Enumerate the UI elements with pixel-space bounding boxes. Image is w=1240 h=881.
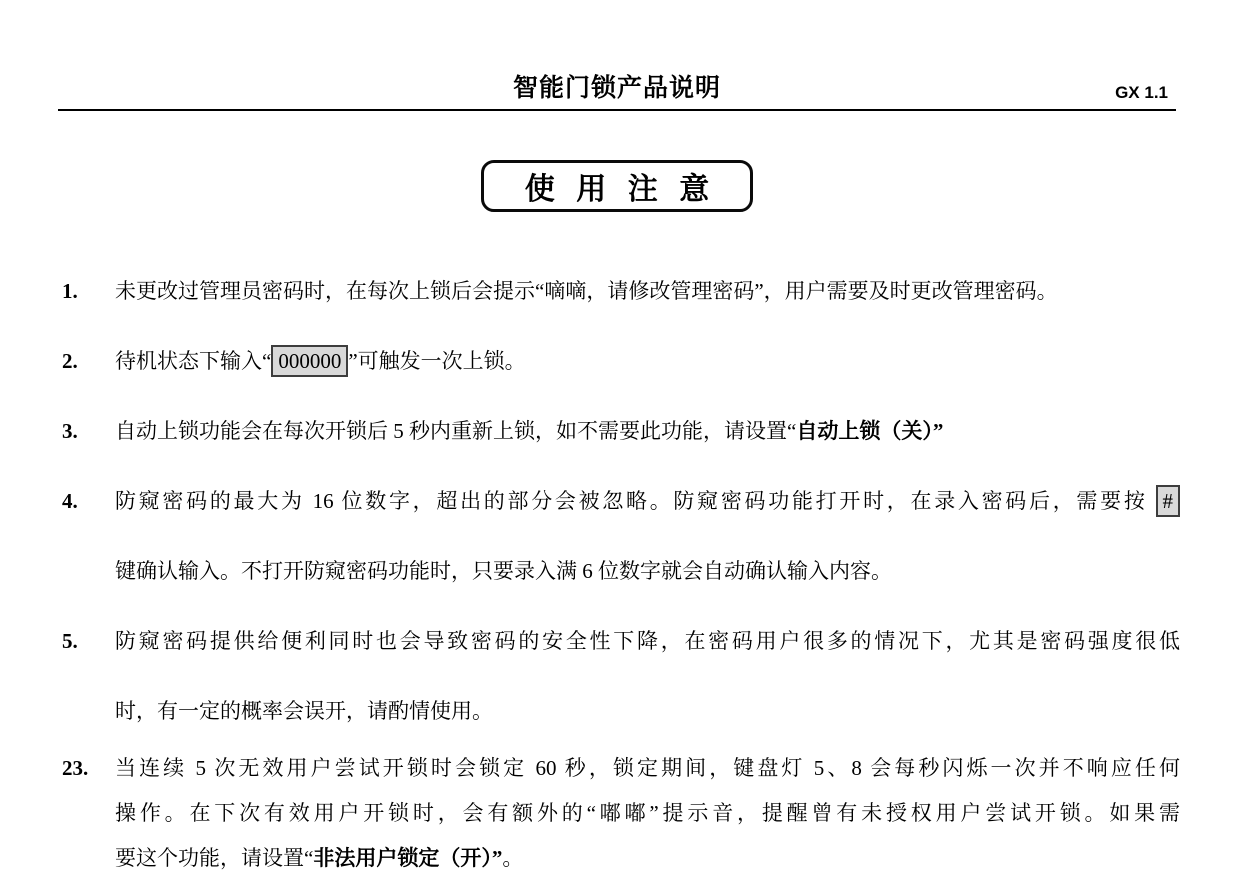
list-item: 5.防窥密码提供给便利同时也会导致密码的安全性下降，在密码用户很多的情况下，尤其… — [62, 606, 1180, 746]
document-title: 智能门锁产品说明 — [58, 76, 1176, 101]
keycap: # — [1156, 485, 1181, 517]
bold-text-run: 自动上锁（关）” — [796, 419, 943, 443]
text-run: 操作。在下次有效用户开锁时，会有额外的“嘟嘟”提示音，提醒曾有未授权用户尝试开锁… — [115, 801, 1180, 825]
text-run: 待机状态下输入“ — [115, 349, 271, 373]
item-number: 1. — [62, 256, 115, 326]
header-rule — [58, 109, 1176, 111]
item-number: 2. — [62, 326, 115, 396]
list-item: 23.当连续 5 次无效用户尝试开锁时会锁定 60 秒，锁定期间，键盘灯 5、8… — [62, 746, 1180, 881]
item-body: 待机状态下输入“000000”可触发一次上锁。 — [115, 326, 1180, 396]
text-run: ”可触发一次上锁。 — [348, 349, 525, 373]
text-run: 。 — [502, 846, 523, 870]
bold-text-run: 非法用户锁定（开）” — [313, 846, 502, 870]
text-run: 要这个功能，请设置“ — [115, 846, 313, 870]
list-item: 3.自动上锁功能会在每次开锁后 5 秒内重新上锁，如不需要此功能，请设置“自动上… — [62, 396, 1180, 466]
text-run: 时，有一定的概率会误开，请酌情使用。 — [115, 699, 493, 723]
list-item: 4.防窥密码的最大为 16 位数字，超出的部分会被忽略。防窥密码功能打开时，在录… — [62, 466, 1180, 606]
keycap: 000000 — [271, 345, 348, 377]
item-number: 5. — [62, 606, 115, 746]
item-body: 未更改过管理员密码时，在每次上锁后会提示“嘀嘀，请修改管理密码”，用户需要及时更… — [115, 256, 1180, 326]
text-line: 待机状态下输入“000000”可触发一次上锁。 — [115, 326, 1180, 396]
page-header: 智能门锁产品说明 GX 1.1 — [58, 0, 1176, 111]
text-line: 要这个功能，请设置“非法用户锁定（开）”。 — [115, 836, 1180, 881]
text-run: 防窥密码提供给便利同时也会导致密码的安全性下降，在密码用户很多的情况下，尤其是密… — [115, 629, 1180, 653]
item-body: 自动上锁功能会在每次开锁后 5 秒内重新上锁，如不需要此功能，请设置“自动上锁（… — [115, 396, 1180, 466]
text-line: 操作。在下次有效用户开锁时，会有额外的“嘟嘟”提示音，提醒曾有未授权用户尝试开锁… — [115, 791, 1180, 836]
item-body: 防窥密码提供给便利同时也会导致密码的安全性下降，在密码用户很多的情况下，尤其是密… — [115, 606, 1180, 746]
text-run: 未更改过管理员密码时，在每次上锁后会提示“嘀嘀，请修改管理密码”，用户需要及时更… — [115, 279, 1058, 303]
text-run: 防窥密码的最大为 16 位数字，超出的部分会被忽略。防窥密码功能打开时，在录入密… — [115, 489, 1156, 513]
notice-title: 使 用 注 意 — [518, 164, 717, 208]
text-line: 自动上锁功能会在每次开锁后 5 秒内重新上锁，如不需要此功能，请设置“自动上锁（… — [115, 396, 1180, 466]
item-number: 4. — [62, 466, 115, 606]
text-line: 防窥密码的最大为 16 位数字，超出的部分会被忽略。防窥密码功能打开时，在录入密… — [115, 466, 1180, 536]
text-line: 未更改过管理员密码时，在每次上锁后会提示“嘀嘀，请修改管理密码”，用户需要及时更… — [115, 256, 1180, 326]
list-item: 2.待机状态下输入“000000”可触发一次上锁。 — [62, 326, 1180, 396]
notice-title-box: 使 用 注 意 — [481, 160, 753, 212]
version-label: GX 1.1 — [1115, 84, 1168, 101]
item-number: 23. — [62, 746, 115, 881]
text-run: 键确认输入。不打开防窥密码功能时，只要录入满 6 位数字就会自动确认输入内容。 — [115, 559, 892, 583]
list-item: 1.未更改过管理员密码时，在每次上锁后会提示“嘀嘀，请修改管理密码”，用户需要及… — [62, 256, 1180, 326]
item-body: 当连续 5 次无效用户尝试开锁时会锁定 60 秒，锁定期间，键盘灯 5、8 会每… — [115, 746, 1180, 881]
text-line: 键确认输入。不打开防窥密码功能时，只要录入满 6 位数字就会自动确认输入内容。 — [115, 536, 1180, 606]
text-run: 当连续 5 次无效用户尝试开锁时会锁定 60 秒，锁定期间，键盘灯 5、8 会每… — [115, 756, 1180, 780]
notes-list: 1.未更改过管理员密码时，在每次上锁后会提示“嘀嘀，请修改管理密码”，用户需要及… — [62, 256, 1180, 881]
text-line: 当连续 5 次无效用户尝试开锁时会锁定 60 秒，锁定期间，键盘灯 5、8 会每… — [115, 746, 1180, 791]
item-body: 防窥密码的最大为 16 位数字，超出的部分会被忽略。防窥密码功能打开时，在录入密… — [115, 466, 1180, 606]
text-line: 时，有一定的概率会误开，请酌情使用。 — [115, 676, 1180, 746]
item-number: 3. — [62, 396, 115, 466]
text-line: 防窥密码提供给便利同时也会导致密码的安全性下降，在密码用户很多的情况下，尤其是密… — [115, 606, 1180, 676]
text-run: 自动上锁功能会在每次开锁后 5 秒内重新上锁，如不需要此功能，请设置“ — [115, 419, 796, 443]
